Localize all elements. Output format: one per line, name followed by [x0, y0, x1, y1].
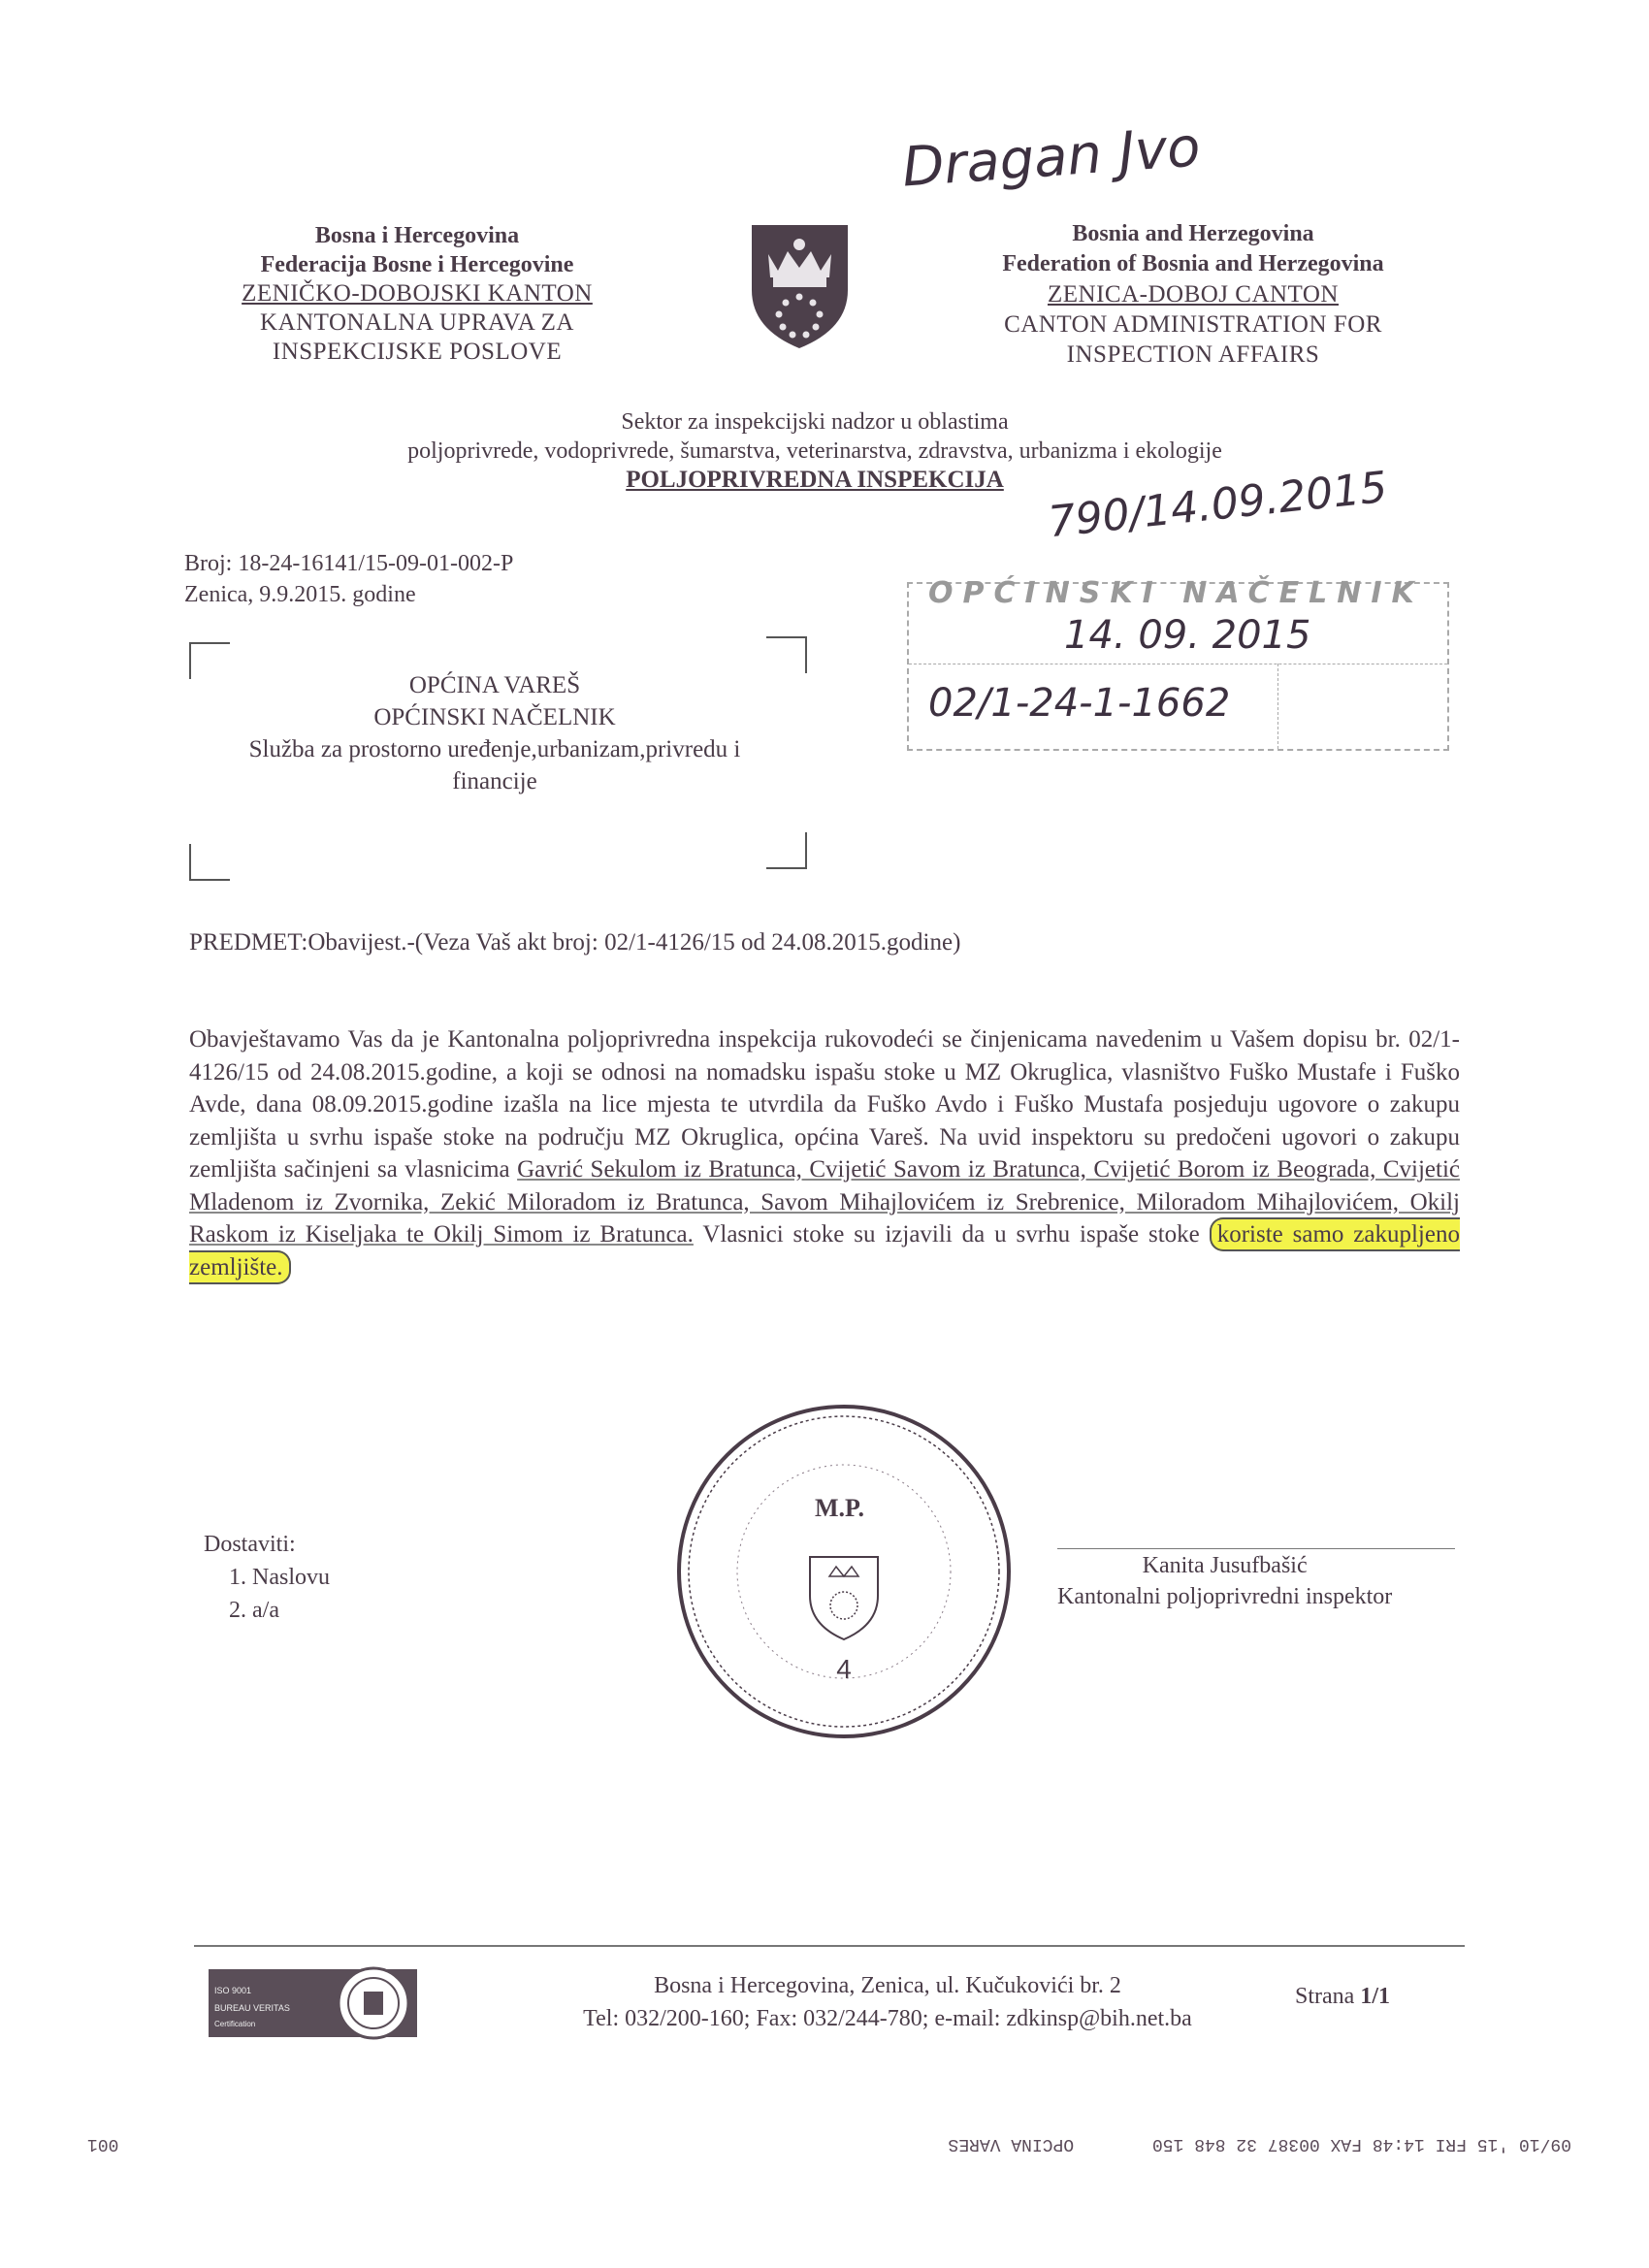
- header-country-en: Bosnia and Herzegovina: [931, 219, 1455, 249]
- address-corner-mark: [766, 832, 807, 869]
- coat-of-arms-icon: [744, 217, 856, 353]
- header-administration-2: INSPEKCIJSKE POSLOVE: [189, 338, 645, 367]
- sector-line-1: Sektor za inspekcijski nadzor u oblastim…: [272, 407, 1358, 437]
- page-number: Strana 1/1: [1295, 1984, 1390, 2010]
- body-text-2: Vlasnici stoke su izjavili da u svrhu is…: [694, 1221, 1210, 1247]
- header-right-english: Bosnia and Herzegovina Federation of Bos…: [931, 219, 1455, 370]
- fax-header-sender: OPCINA VARES: [948, 2134, 1074, 2154]
- svg-text:BUREAU VERITAS: BUREAU VERITAS: [214, 2003, 290, 2013]
- page-label: Strana: [1295, 1984, 1354, 2009]
- header-canton-en: ZENICA-DOBOJ CANTON: [931, 279, 1455, 309]
- distribution-list: Dostaviti: Naslovu a/a: [204, 1528, 330, 1627]
- recipient-address: OPĆINA VAREŠ OPĆINSKI NAČELNIK Služba za…: [184, 669, 805, 797]
- footer-contact: Tel: 032/200-160; Fax: 032/244-780; e-ma…: [378, 2002, 1397, 2035]
- seal-mp-label: M.P.: [815, 1494, 864, 1523]
- footer-divider: [194, 1945, 1465, 1947]
- header-canton: ZENIČKO-DOBOJSKI KANTON: [189, 279, 645, 308]
- header-administration-en: CANTON ADMINISTRATION FOR: [931, 309, 1455, 340]
- header-administration-en-2: INSPECTION AFFAIRS: [931, 340, 1455, 370]
- signatory-title: Kantonalni poljoprivredni inspektor: [1057, 1581, 1392, 1612]
- address-corner-mark: [189, 844, 230, 881]
- signatory-name: Kanita Jusufbašić: [1057, 1550, 1392, 1581]
- address-corner-mark: [766, 636, 807, 673]
- fax-header-page: 001: [87, 2134, 118, 2154]
- received-stamp-title: OPĆINSKI NAČELNIK: [928, 576, 1424, 610]
- header-federation-en: Federation of Bosnia and Herzegovina: [931, 249, 1455, 279]
- footer-address-block: Bosna i Hercegovina, Zenica, ul. Kučukov…: [378, 1969, 1397, 2035]
- seal-number: 4: [836, 1654, 852, 1684]
- reference-number: Broj: 18-24-16141/15-09-01-002-P: [184, 548, 513, 579]
- handwritten-note: Dragan Jvo: [900, 115, 1202, 199]
- letter-body: Obavještavamo Vas da je Kantonalna poljo…: [189, 1023, 1460, 1283]
- distribution-label: Dostaviti:: [204, 1528, 330, 1561]
- fax-transmission-header: 09/10 '15 FRI 14:48 FAX 00387 32 848 150…: [78, 2134, 1591, 2154]
- reference-place-date: Zenica, 9.9.2015. godine: [184, 579, 513, 610]
- page-value: 1/1: [1360, 1984, 1390, 2009]
- received-stamp: OPĆINSKI NAČELNIK 14. 09. 2015 02/1-24-1…: [907, 582, 1449, 751]
- received-stamp-date: 14. 09. 2015: [1064, 613, 1310, 658]
- stamp-divider: [909, 664, 1447, 664]
- recipient-service: Služba za prostorno uređenje,urbanizam,p…: [184, 733, 805, 765]
- received-stamp-number: 02/1-24-1-1662: [928, 681, 1230, 726]
- signature-block: Kanita Jusufbašić Kantonalni poljoprivre…: [1057, 1550, 1392, 1612]
- recipient-office: OPĆINSKI NAČELNIK: [184, 701, 805, 733]
- subject-line: PREDMET:Obavijest.-(Veza Vaš akt broj: 0…: [189, 929, 960, 956]
- recipient-municipality: OPĆINA VAREŠ: [184, 669, 805, 701]
- reference-block: Broj: 18-24-16141/15-09-01-002-P Zenica,…: [184, 548, 513, 610]
- stamp-separator: [1277, 664, 1278, 749]
- fax-header-datetime: 09/10 '15 FRI 14:48 FAX 00387 32 848 150: [1152, 2134, 1571, 2154]
- distribution-item: Naslovu: [252, 1561, 330, 1594]
- sector-line-2: poljoprivrede, vodoprivrede, šumarstva, …: [272, 437, 1358, 466]
- footer-address: Bosna i Hercegovina, Zenica, ul. Kučukov…: [378, 1969, 1397, 2002]
- header-administration: KANTONALNA UPRAVA ZA: [189, 308, 645, 338]
- signature-line: [1057, 1548, 1455, 1549]
- distribution-item: a/a: [252, 1594, 330, 1627]
- recipient-service-2: financije: [184, 765, 805, 797]
- svg-text:Certification: Certification: [214, 2020, 255, 2028]
- svg-text:ISO 9001: ISO 9001: [214, 1986, 251, 1995]
- header-federation: Federacija Bosne i Hercegovine: [189, 250, 645, 279]
- header-country: Bosna i Hercegovina: [189, 221, 645, 250]
- header-left-bosnian: Bosna i Hercegovina Federacija Bosne i H…: [189, 221, 645, 367]
- official-seal: 4 M.P.: [669, 1397, 1018, 1746]
